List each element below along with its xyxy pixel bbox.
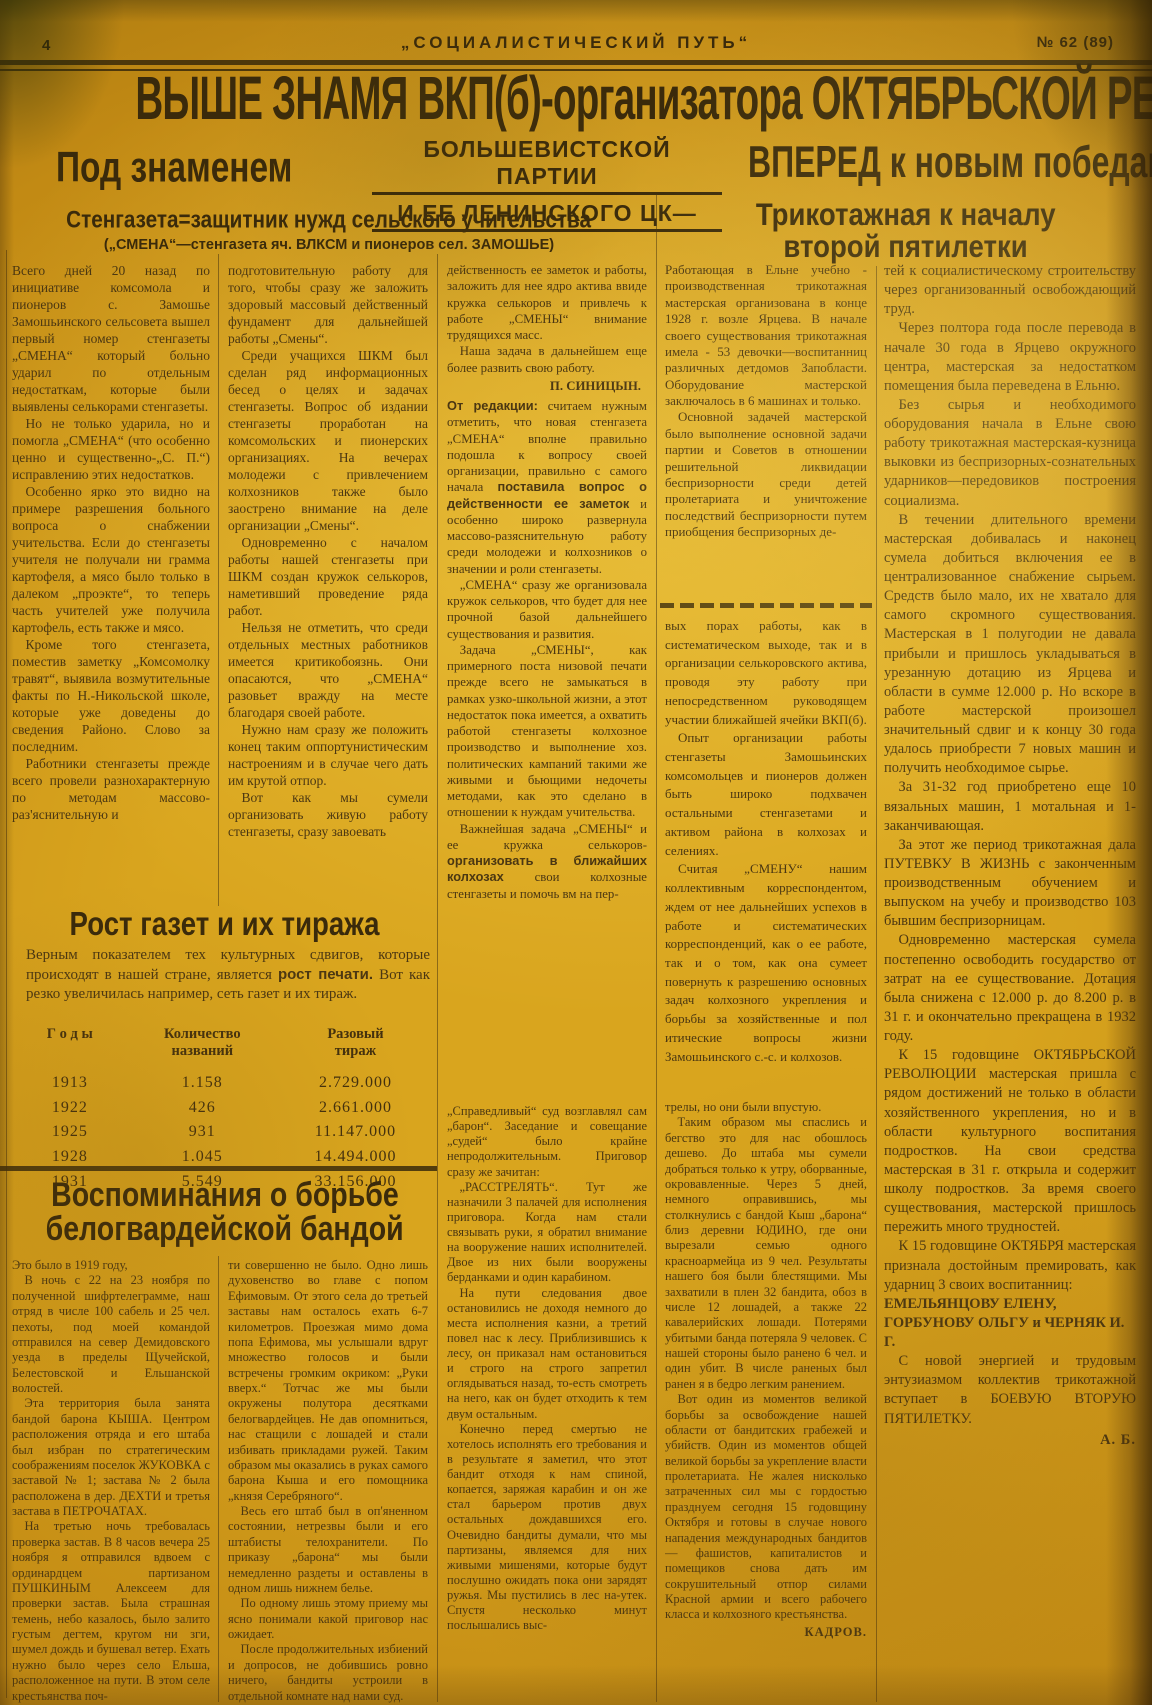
knitting-column-2: тей к социалистическому строительству че… xyxy=(884,262,1136,1686)
newspaper-title: „СОЦИАЛИСТИЧЕСКИЙ ПУТЬ“ xyxy=(0,33,1152,53)
sub-banner-mid-top: БОЛЬШЕВИСТСКОЙ ПАРТИИ xyxy=(372,136,722,195)
knitting-col1-text: Работающая в Ельне учебно - производстве… xyxy=(665,262,867,540)
stengazeta-title-wrap: Стенгазета=защитник нужд сельского учите… xyxy=(18,206,640,233)
column-rule-4 xyxy=(876,266,877,1702)
editorial-mid: и особенно широко развернула массово-раз… xyxy=(447,497,647,852)
stengazeta-title: Стенгазета=защитник нужд сельского учите… xyxy=(67,205,592,233)
stengazeta-col1-text: Всего дней 20 назад по инициативе комсом… xyxy=(12,262,210,823)
growth-intro: Верным показателем тех культурных сдвиго… xyxy=(26,946,430,1022)
stengazeta-col3-intro: действенность ее заметок и работы, залож… xyxy=(447,262,647,376)
column-rule-3 xyxy=(656,194,657,1702)
issue-number: № 62 (89) xyxy=(1037,34,1114,51)
growth-intro-bold: рост печати. xyxy=(278,966,373,983)
table-row: 1922 426 2.661.000 xyxy=(16,1096,430,1121)
banner-headline-wrap: ВЫШЕ ЗНАМЯ ВКП(б)-организатора ОКТЯБРЬСК… xyxy=(0,70,1152,125)
knitting-title-line2: второй пятилетки xyxy=(784,230,1028,266)
knitting-title-wrap: Трикотажная к началу второй пятилетки xyxy=(672,199,1140,264)
banner-headline: ВЫШЕ ЗНАМЯ ВКП(б)-организатора ОКТЯБРЬСК… xyxy=(135,62,1152,134)
sub-banner-right-text: ВПЕРЕД к новым победам! xyxy=(748,138,1152,189)
knitting-signature: А. Б. xyxy=(884,1429,1136,1450)
memoirs-signature: КАДРОВ. xyxy=(665,1623,867,1640)
stengazeta-subtitle: („СМЕНА“—стенгазета яч. ВЛКСМ и пионеров… xyxy=(18,237,640,253)
left-edge-rule xyxy=(6,250,7,1698)
growth-table-header: Г о д ы Количество названий Разовый тира… xyxy=(16,1026,430,1071)
editorial-label: От редакции: xyxy=(447,398,538,413)
memoirs-column-3: „Справедливый“ суд возглавлял сам „барон… xyxy=(447,1104,647,1702)
growth-header-count: Количество названий xyxy=(124,1026,281,1061)
memoirs-col4-text: трелы, но они были впустую. Таким образо… xyxy=(665,1100,867,1623)
table-row: 1925 931 11.147.000 xyxy=(16,1120,430,1145)
knitting-column-1: Работающая в Ельне учебно - производстве… xyxy=(665,262,867,598)
memoirs-title-line2: белогвардейской бандой xyxy=(46,1210,404,1248)
knitting-awardees: ЕМЕЛЬЯНЦОВУ ЕЛЕНУ, ГОРБУНОВУ ОЛЬГУ и ЧЕР… xyxy=(884,1295,1136,1352)
sub-banner-left: Под знаменем xyxy=(56,147,325,190)
stengazeta-editorial: От редакции: считаем нужным отметить, чт… xyxy=(447,398,647,902)
column-rule-1b xyxy=(218,1256,219,1702)
sub-banner-right: ВПЕРЕД к новым победам! xyxy=(748,141,1152,185)
table-row: 1913 1.158 2.729.000 xyxy=(16,1071,430,1096)
memoirs-column-1: Это было в 1919 году, В ночь с 22 на 23 … xyxy=(12,1258,210,1704)
memoirs-col1-text: Это было в 1919 году, В ночь с 22 на 23 … xyxy=(12,1258,210,1704)
growth-title-wrap: Рост газет и их тиража xyxy=(12,908,437,942)
knitting-closing: С новой энергией и трудовым энтузиазмом … xyxy=(884,1352,1136,1429)
stengazeta-col2-text: подготовительную работу для того, чтобы … xyxy=(228,262,428,840)
newspaper-page: 4 „СОЦИАЛИСТИЧЕСКИЙ ПУТЬ“ № 62 (89) ВЫШЕ… xyxy=(0,0,1152,1705)
memoirs-column-2: ти совершенно не было. Одно лишь духовен… xyxy=(228,1258,428,1704)
sub-banner-left-text: Под знаменем xyxy=(56,144,292,192)
section-divider-dashed xyxy=(660,603,872,608)
column-rule-1 xyxy=(218,254,219,906)
stengazeta-column-3: действенность ее заметок и работы, залож… xyxy=(447,262,647,1094)
stengazeta-column-1: Всего дней 20 назад по инициативе комсом… xyxy=(12,262,210,904)
growth-title: Рост газет и их тиража xyxy=(69,906,379,943)
memoirs-col2-text: ти совершенно не было. Одно лишь духовен… xyxy=(228,1258,428,1704)
memoirs-col3-text: „Справедливый“ суд возглавлял сам „барон… xyxy=(447,1104,647,1633)
stengazeta-column-2: подготовительную работу для того, чтобы … xyxy=(228,262,428,904)
column-rule-2 xyxy=(437,254,438,1702)
knitting-col2-text: тей к социалистическому строительству че… xyxy=(884,262,1136,1295)
editorial-continuation-column: вых порах работы, как в систематическом … xyxy=(665,617,867,1091)
growth-header-circulation: Разовый тираж xyxy=(281,1026,430,1061)
memoirs-column-4: трелы, но они были впустую. Таким образо… xyxy=(665,1100,867,1702)
growth-header-years: Г о д ы xyxy=(16,1026,124,1061)
knitting-title-line1: Трикотажная к началу xyxy=(756,197,1056,233)
memoirs-top-rule xyxy=(0,1166,437,1171)
memoirs-title-wrap: Воспоминания о борьбе белогвардейской ба… xyxy=(14,1178,436,1246)
stengazeta-byline: П. СИНИЦЫН. xyxy=(447,376,647,398)
editorial-continuation-text: вых порах работы, как в систематическом … xyxy=(665,617,867,1066)
